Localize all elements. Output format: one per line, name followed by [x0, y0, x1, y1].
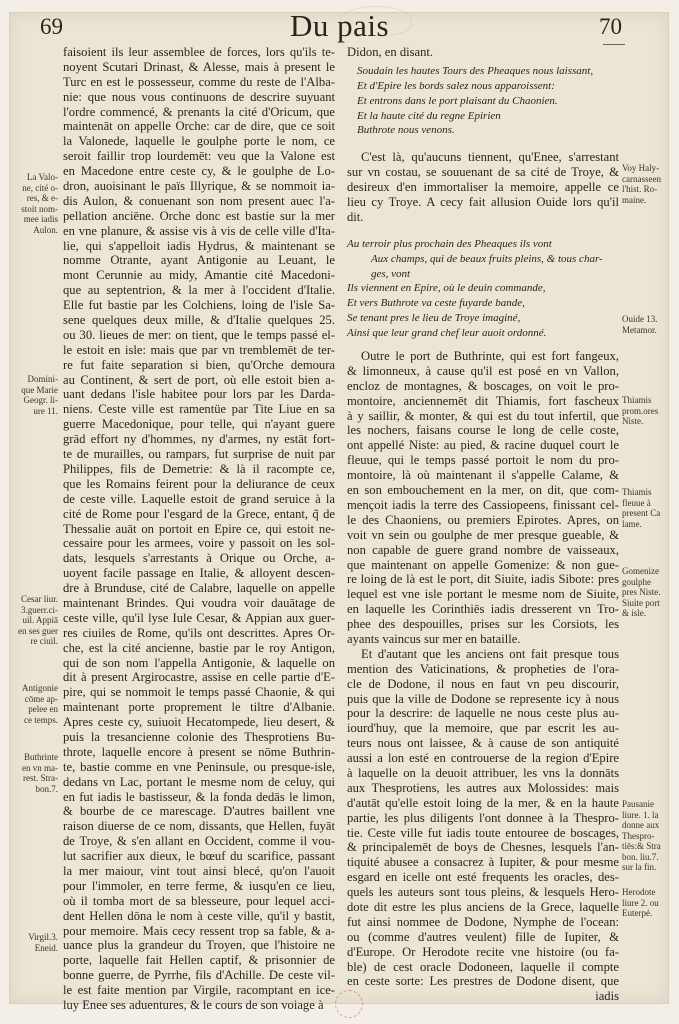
margin-note-right: Thiamisprom.oresNiste. [622, 395, 658, 427]
verse-intro: Didon, en disant. [347, 45, 619, 60]
margin-note-line: Cesar liur. [8, 594, 58, 605]
text-line: throte, laquelle encore à present se nōm… [63, 745, 335, 760]
text-line: qui de son nom l'appella Antigonie, & la… [63, 656, 335, 671]
margin-note-right: Voy Haly-carnasseenl'hist. Ro-maine. [622, 163, 661, 205]
text-line: voit vn sein ou goulphe de mer presque g… [347, 528, 619, 543]
text-line: dit à present Argirocastre, assise en ce… [63, 670, 335, 685]
margin-note-line: Thespro- [622, 831, 661, 842]
margin-note-line: Buthrinte [8, 752, 58, 763]
verse-line: Ils viennent en Epire, où le deuin comma… [347, 281, 619, 296]
margin-note-line: Aulon. [8, 225, 58, 236]
verse-line: Ainsi que leur grand chef leur auoit ord… [347, 326, 619, 341]
text-line: de Troye, & s'en allant en Occident, com… [63, 834, 335, 849]
verse-line: Au terroir plus prochain des Pheaques il… [347, 237, 619, 252]
margin-note-line: Gomenize [622, 566, 661, 577]
text-line: esgard en icelle ont esté frequents les … [347, 870, 619, 885]
margin-note-line: prom.ores [622, 406, 658, 417]
text-line: pour la descrire: de laquelle ne nous ce… [347, 706, 619, 721]
text-line: & limonneux, à cause qu'il est posé en v… [347, 364, 619, 379]
text-line: lut sacrifier aux dieux, le bœuf du scar… [63, 849, 335, 864]
text-line: lieu cy Troye. A cecy fait allusion Ouid… [347, 195, 619, 210]
text-line: où il tomba mort de sa blesseure, pour l… [63, 894, 335, 909]
margin-note-left: Virgil.3.Eneid. [8, 932, 58, 953]
verse-line: Aux champs, qui de beaux fruits pleins, … [347, 252, 619, 267]
margin-note-line: sur la fin. [622, 862, 661, 873]
text-line: guerre Macedonique, pour telle, qui n'ay… [63, 417, 335, 432]
text-line: ble) de cest oracle Dodoneen, laquelle i… [347, 960, 619, 975]
margin-note-line: Niste. [622, 416, 658, 427]
margin-note-line: lame. [622, 519, 660, 530]
margin-note-line: uil. Appiā [8, 615, 58, 626]
text-line: aussi a lon esté en controuerse de la re… [347, 751, 619, 766]
text-line: Turc en est le possesseur, comme du rest… [63, 75, 335, 90]
margin-note-right: Ouide 13.Metamor. [622, 314, 658, 335]
text-line: ou (comme d'autres veulent) fille de Iup… [347, 930, 619, 945]
margin-note-line: cōme ap- [8, 694, 58, 705]
text-line: che, est la cité ancienne, bastie par le… [63, 641, 335, 656]
margin-note-line: res, & e- [8, 193, 58, 204]
text-line: le estoit en isle: mais que par vn tremb… [63, 343, 335, 358]
text-line: te, bastie comme en vne Peninsule, ou pr… [63, 760, 335, 775]
text-line: de ceste ville. Laquelle estoit de grand… [63, 492, 335, 507]
margin-note-line: Herodote [622, 887, 659, 898]
margin-note-line: Geogr. li- [8, 395, 58, 406]
text-line: mençoit iadis la terre des Cassiopeens, … [347, 498, 619, 513]
text-line: porte, laquelle fait Hellen captif, & pr… [63, 953, 335, 968]
text-line: montoire, là où maintenant il s'appelle … [347, 468, 619, 483]
margin-note-line: & isle. [622, 608, 661, 619]
text-line: en vne planure, & assise vis à vis de ce… [63, 224, 335, 239]
margin-note-right: Pausanieliure. 1. ladonne auxThespro-tiē… [622, 799, 661, 873]
text-line: Thessalie auāt on portoit en Epire ce, q… [63, 522, 335, 537]
margin-note-left: Antigoniecōme ap-pelee ence temps. [8, 683, 58, 725]
margin-note-line: La Valo- [8, 172, 58, 183]
verse-line: ges, vont [347, 267, 619, 282]
margin-note-line: mee iadis [8, 214, 58, 225]
library-stamp [335, 990, 363, 1018]
text-line: raison diuerse de ce nom, dissants, que … [63, 819, 335, 834]
text-line: mont Cerunnie au midy, Amantie cité Mace… [63, 268, 335, 283]
text-line: puis la tresancienne colonie des Thespro… [63, 730, 335, 745]
text-line: fut ainsi nommee de Dodone, Nymphe de l'… [347, 915, 619, 930]
margin-note-line: que Marie [8, 385, 58, 396]
text-line: que maintenant on appelle Gomenize: & no… [347, 558, 619, 573]
margin-note-line: en vn ma- [8, 763, 58, 774]
text-line: Elle fut bastie par les Colchiens, loing… [63, 298, 335, 313]
text-line: en laquelle les Corinthiēs iadis dresser… [347, 602, 619, 617]
text-line: les nochers, faisans course le long de c… [347, 423, 619, 438]
verse-line: Et entrons dans le port plaisant du Chao… [347, 94, 619, 109]
left-text-column: faisoient ils leur assemblee de forces, … [63, 45, 335, 1013]
text-line: sene quelques deux mille, & d'Italie que… [63, 313, 335, 328]
margin-note-line: liure. 1. la [622, 810, 661, 821]
page-number-right: 70 [599, 14, 622, 40]
text-line: tie. Ceste ville fut iadis toute entoure… [347, 826, 619, 841]
catchword: iadis [347, 989, 619, 1004]
paragraph-dodone: Et d'autant que les anciens ont fait pre… [347, 647, 619, 989]
text-line: en ceste sorte: Les prestres de Dodone d… [347, 974, 619, 989]
text-line: dre à Brunduse, cité de Calabre, laquell… [63, 581, 335, 596]
text-line: & bourbe de ce marescage. D'autres baill… [63, 804, 335, 819]
text-line: en Macedone entre ceste cy, & le goulphe… [63, 164, 335, 179]
margin-note-line: Euterpé. [622, 908, 659, 919]
text-line: dent Hellen dōna le nom à ceste ville, q… [63, 909, 335, 924]
text-line: desireux d'en immortaliser la memoire, a… [347, 180, 619, 195]
margin-note-right: Thiamisfleuue àpresent Calame. [622, 487, 660, 529]
text-line: dit. [347, 210, 619, 225]
text-line: d'autāt qu'elle estoit loing de la mer, … [347, 796, 619, 811]
text-line: maintenant porte proprement le tiltre d'… [63, 700, 335, 715]
margin-note-line: Thiamis [622, 395, 658, 406]
text-line: sur vn costau, se souuenant de sa cité d… [347, 165, 619, 180]
margin-note-line: maine. [622, 195, 661, 206]
text-line: maintenāt on appelle Orche: car de dire,… [63, 119, 335, 134]
text-line: la mer maiour, vint tout ainsi blecé, qu… [63, 864, 335, 879]
text-line: pour memoire. Mais cecy ressent trop sa … [63, 924, 335, 939]
paragraph-troye: C'est là, qu'aucuns tiennent, qu'Enee, s… [347, 150, 619, 224]
text-line: non capable de guere grand nombre de vai… [347, 543, 619, 558]
text-line: cessaire pour les armees, voire y passoi… [63, 536, 335, 551]
margin-note-line: Metamor. [622, 325, 658, 336]
text-line: Apres ceste cy, suiuoit Hecatompede, lie… [63, 715, 335, 730]
text-line: dis Aulon, & conuenant son nom present a… [63, 194, 335, 209]
text-line: re loing de là est le port, dit Siuite, … [347, 572, 619, 587]
text-line: en son embouchement en la mer, on dit, q… [347, 483, 619, 498]
text-line: d'Europe. Or Herodote recite vne histoir… [347, 945, 619, 960]
text-line: pellation anciēne. Orche donc est bastie… [63, 209, 335, 224]
text-line: mention des Vaticinations, & propheties … [347, 662, 619, 677]
text-line: lequel est vne isle portant le mesme nom… [347, 587, 619, 602]
verse-line: Soudain les hautes Tours des Pheaques no… [347, 64, 619, 79]
text-line: en fut iadis le bastisseur, & la fonda d… [63, 790, 335, 805]
margin-note-line: l'hist. Ro- [622, 184, 661, 195]
text-line: Et d'autant que les anciens ont fait pre… [347, 647, 619, 662]
margin-note-line: liure 2. ou [622, 898, 659, 909]
margin-note-line: ne, cité o- [8, 183, 58, 194]
text-line: l'ordre commencé, & prenants la cité d'O… [63, 105, 335, 120]
verse-line: Et d'Epire les bords salez nous apparois… [347, 79, 619, 94]
text-line: partie, les plus diligents l'ont donnee … [347, 811, 619, 826]
text-line: cle de Dodone, il nous en faut vn peu di… [347, 677, 619, 692]
margin-note-line: Pausanie [622, 799, 661, 810]
margin-note-line: ce temps. [8, 715, 58, 726]
text-line: quels les auteurs sont tous pleins, & le… [347, 885, 619, 900]
margin-note-line: stoit nom- [8, 204, 58, 215]
margin-note-line: Domini- [8, 374, 58, 385]
text-line: ayants vaincus sur mer en bataille. [347, 632, 619, 647]
margin-note-left: Buthrinteen vn ma-rest. Stra-bon.7. [8, 752, 58, 794]
text-line: à laquelle on la deuoit attribuer, les v… [347, 766, 619, 781]
text-line: fleuue, qui le temps passé portoit le no… [347, 453, 619, 468]
text-line: C'est là, qu'aucuns tiennent, qu'Enee, s… [347, 150, 619, 165]
text-line: ou 30. lieues de mer: on tient, que le t… [63, 328, 335, 343]
text-line: à y saillir, & monter, & qui est du tout… [347, 409, 619, 424]
margin-note-left: Domini-que MarieGeogr. li-ure 11. [8, 374, 58, 416]
text-line: niens. Ceste ville est ramentüe par Tite… [63, 402, 335, 417]
text-line: luy Enee ses aduentures, & le cours de s… [63, 998, 335, 1013]
verse-line: Et vers Buthrote va ceste fuyarde bande, [347, 296, 619, 311]
margin-note-line: tiēs:& Stra [622, 841, 661, 852]
text-line: dedans vn Lac, portant le mesme nom de c… [63, 775, 335, 790]
margin-note-line: Thiamis [622, 487, 660, 498]
text-line: la Valonede, laquelle le goulphe porte l… [63, 134, 335, 149]
margin-note-line: carnasseen [622, 174, 661, 185]
margin-note-line: fleuue à [622, 498, 660, 509]
margin-note-left: Cesar liur.3.guerr.ci-uil. Appiāen ses g… [8, 594, 58, 647]
text-line: dote dit estre les plus anciens de la Gr… [347, 900, 619, 915]
text-line: uant dedans l'isle habitee pour lors par… [63, 387, 335, 402]
text-line: dron, auoisinant le païs Illyrique, & se… [63, 179, 335, 194]
margin-note-line: Antigonie [8, 683, 58, 694]
text-line: dats, lesquels s'arrestants à Orique ou … [63, 551, 335, 566]
text-line: ont appellé Niste: au pied, & racine duq… [347, 438, 619, 453]
text-line: iourd'huy, que la memoire, que par escri… [347, 721, 619, 736]
text-line: grād effort ny d'hommes, ny d'armes, ny … [63, 432, 335, 447]
text-line: noyent Scutari Drinast, & Alesse, mais à… [63, 60, 335, 75]
margin-note-line: goulphe [622, 577, 661, 588]
text-line: cité de Rome pour l'esgard de la Grece, … [63, 507, 335, 522]
running-title: Du pais [0, 8, 679, 44]
text-line: teurs nous ont laissee, & à cause de son… [347, 736, 619, 751]
margin-note-line: rest. Stra- [8, 773, 58, 784]
margin-note-line: present Ca [622, 508, 660, 519]
margin-note-left: La Valo-ne, cité o-res, & e-stoit nom-me… [8, 172, 58, 235]
verse-line: Se tenant pres le lieu de Troye imaginé, [347, 311, 619, 326]
text-line: te de murailles, ou rampars, fut surpris… [63, 447, 335, 462]
text-line: nie: que nous vous continuons de descrir… [63, 90, 335, 105]
text-line: encloz de montagnes, & boscages, on voit… [347, 379, 619, 394]
text-line: uoyent facile passage en Italie, & alloy… [63, 566, 335, 581]
margin-note-line: Eneid. [8, 943, 58, 954]
text-line: que au septentrion, & la mer à l'occiden… [63, 283, 335, 298]
text-line: le des Chaoniens, ou premiers Epirotes. … [347, 513, 619, 528]
text-line: puis que la ville de Dodone se represent… [347, 692, 619, 707]
text-line: Philippes, fils de Demetrie: & là il rac… [63, 462, 335, 477]
verse-block-ovid: Au terroir plus prochain des Pheaques il… [347, 237, 619, 341]
text-line: montoire, anciennemēt dit Thiamis, fort … [347, 394, 619, 409]
text-line: pour l'immoler, en terre ferme, & iusqu'… [63, 879, 335, 894]
margin-note-line: re ciuil. [8, 636, 58, 647]
text-line: faisoient ils leur assemblee de forces, … [63, 45, 335, 60]
text-line: & principalemēt de boys de Chesnes, lesq… [347, 840, 619, 855]
text-line: lie, qui s'appelloit iadis Hydrus, & mai… [63, 239, 335, 254]
margin-note-line: 3.guerr.ci- [8, 605, 58, 616]
paragraph-buthrinte: Outre le port de Buthrinte, qui est fort… [347, 349, 619, 647]
verse-line: Buthrote nous venons. [347, 123, 619, 138]
margin-note-line: bon. liu.7. [622, 852, 661, 863]
text-line: pire, qui se nommoit le temps passé Chao… [63, 685, 335, 700]
margin-note-right: Gomenizegoulphepres Niste.Siuite port& i… [622, 566, 661, 619]
text-line: Outre le port de Buthrinte, qui est fort… [347, 349, 619, 364]
margin-note-line: donne aux [622, 820, 661, 831]
margin-note-line: ure 11. [8, 406, 58, 417]
margin-note-line: Virgil.3. [8, 932, 58, 943]
text-line: que les Romains feirent pour la deliuran… [63, 477, 335, 492]
margin-note-line: en ses guer [8, 626, 58, 637]
text-line: maintenant Brindes. Qui voudra voir dauā… [63, 596, 335, 611]
margin-note-line: pelee en [8, 704, 58, 715]
text-line: uance plus la grandeur du Troyen, que l'… [63, 938, 335, 953]
text-line: seroit faillir trop lourdemēt: veu que l… [63, 149, 335, 164]
margin-note-line: Ouide 13. [622, 314, 658, 325]
text-line: phee des despouilles, prises sur les Cor… [347, 617, 619, 632]
text-line: res ciuiles de Rome, qu'ils ont descritt… [63, 626, 335, 641]
right-text-column: Didon, en disant. Soudain les hautes Tou… [347, 45, 619, 1004]
margin-note-right: Herodoteliure 2. ouEuterpé. [622, 887, 659, 919]
verse-line: Et la haute cité du regne Epirien [347, 109, 619, 124]
text-line: nomme Otrante, ayant Antigonie au Leuant… [63, 253, 335, 268]
text-line: au Continent, & sert de port, où elle es… [63, 373, 335, 388]
margin-note-line: Voy Haly- [622, 163, 661, 174]
text-line: le est faite mention par Virgile, racomp… [63, 983, 335, 998]
margin-note-line: bon.7. [8, 784, 58, 795]
verse-block-virgil: Soudain les hautes Tours des Pheaques no… [347, 64, 619, 138]
text-line: re fut faite separation si bien, qu'Orch… [63, 358, 335, 373]
margin-note-line: pres Niste. [622, 587, 661, 598]
text-line: bonne guerre, de Pyrrhe, fils d'Achille.… [63, 968, 335, 983]
text-line: ceste ville, qu'il lyse Iule Cesar, & Ap… [63, 611, 335, 626]
text-line: tiquité abusee a consacrez à Iupiter, & … [347, 855, 619, 870]
text-line: aux Thesprotiens, les autres aux Molossi… [347, 781, 619, 796]
margin-note-line: Siuite port [622, 598, 661, 609]
